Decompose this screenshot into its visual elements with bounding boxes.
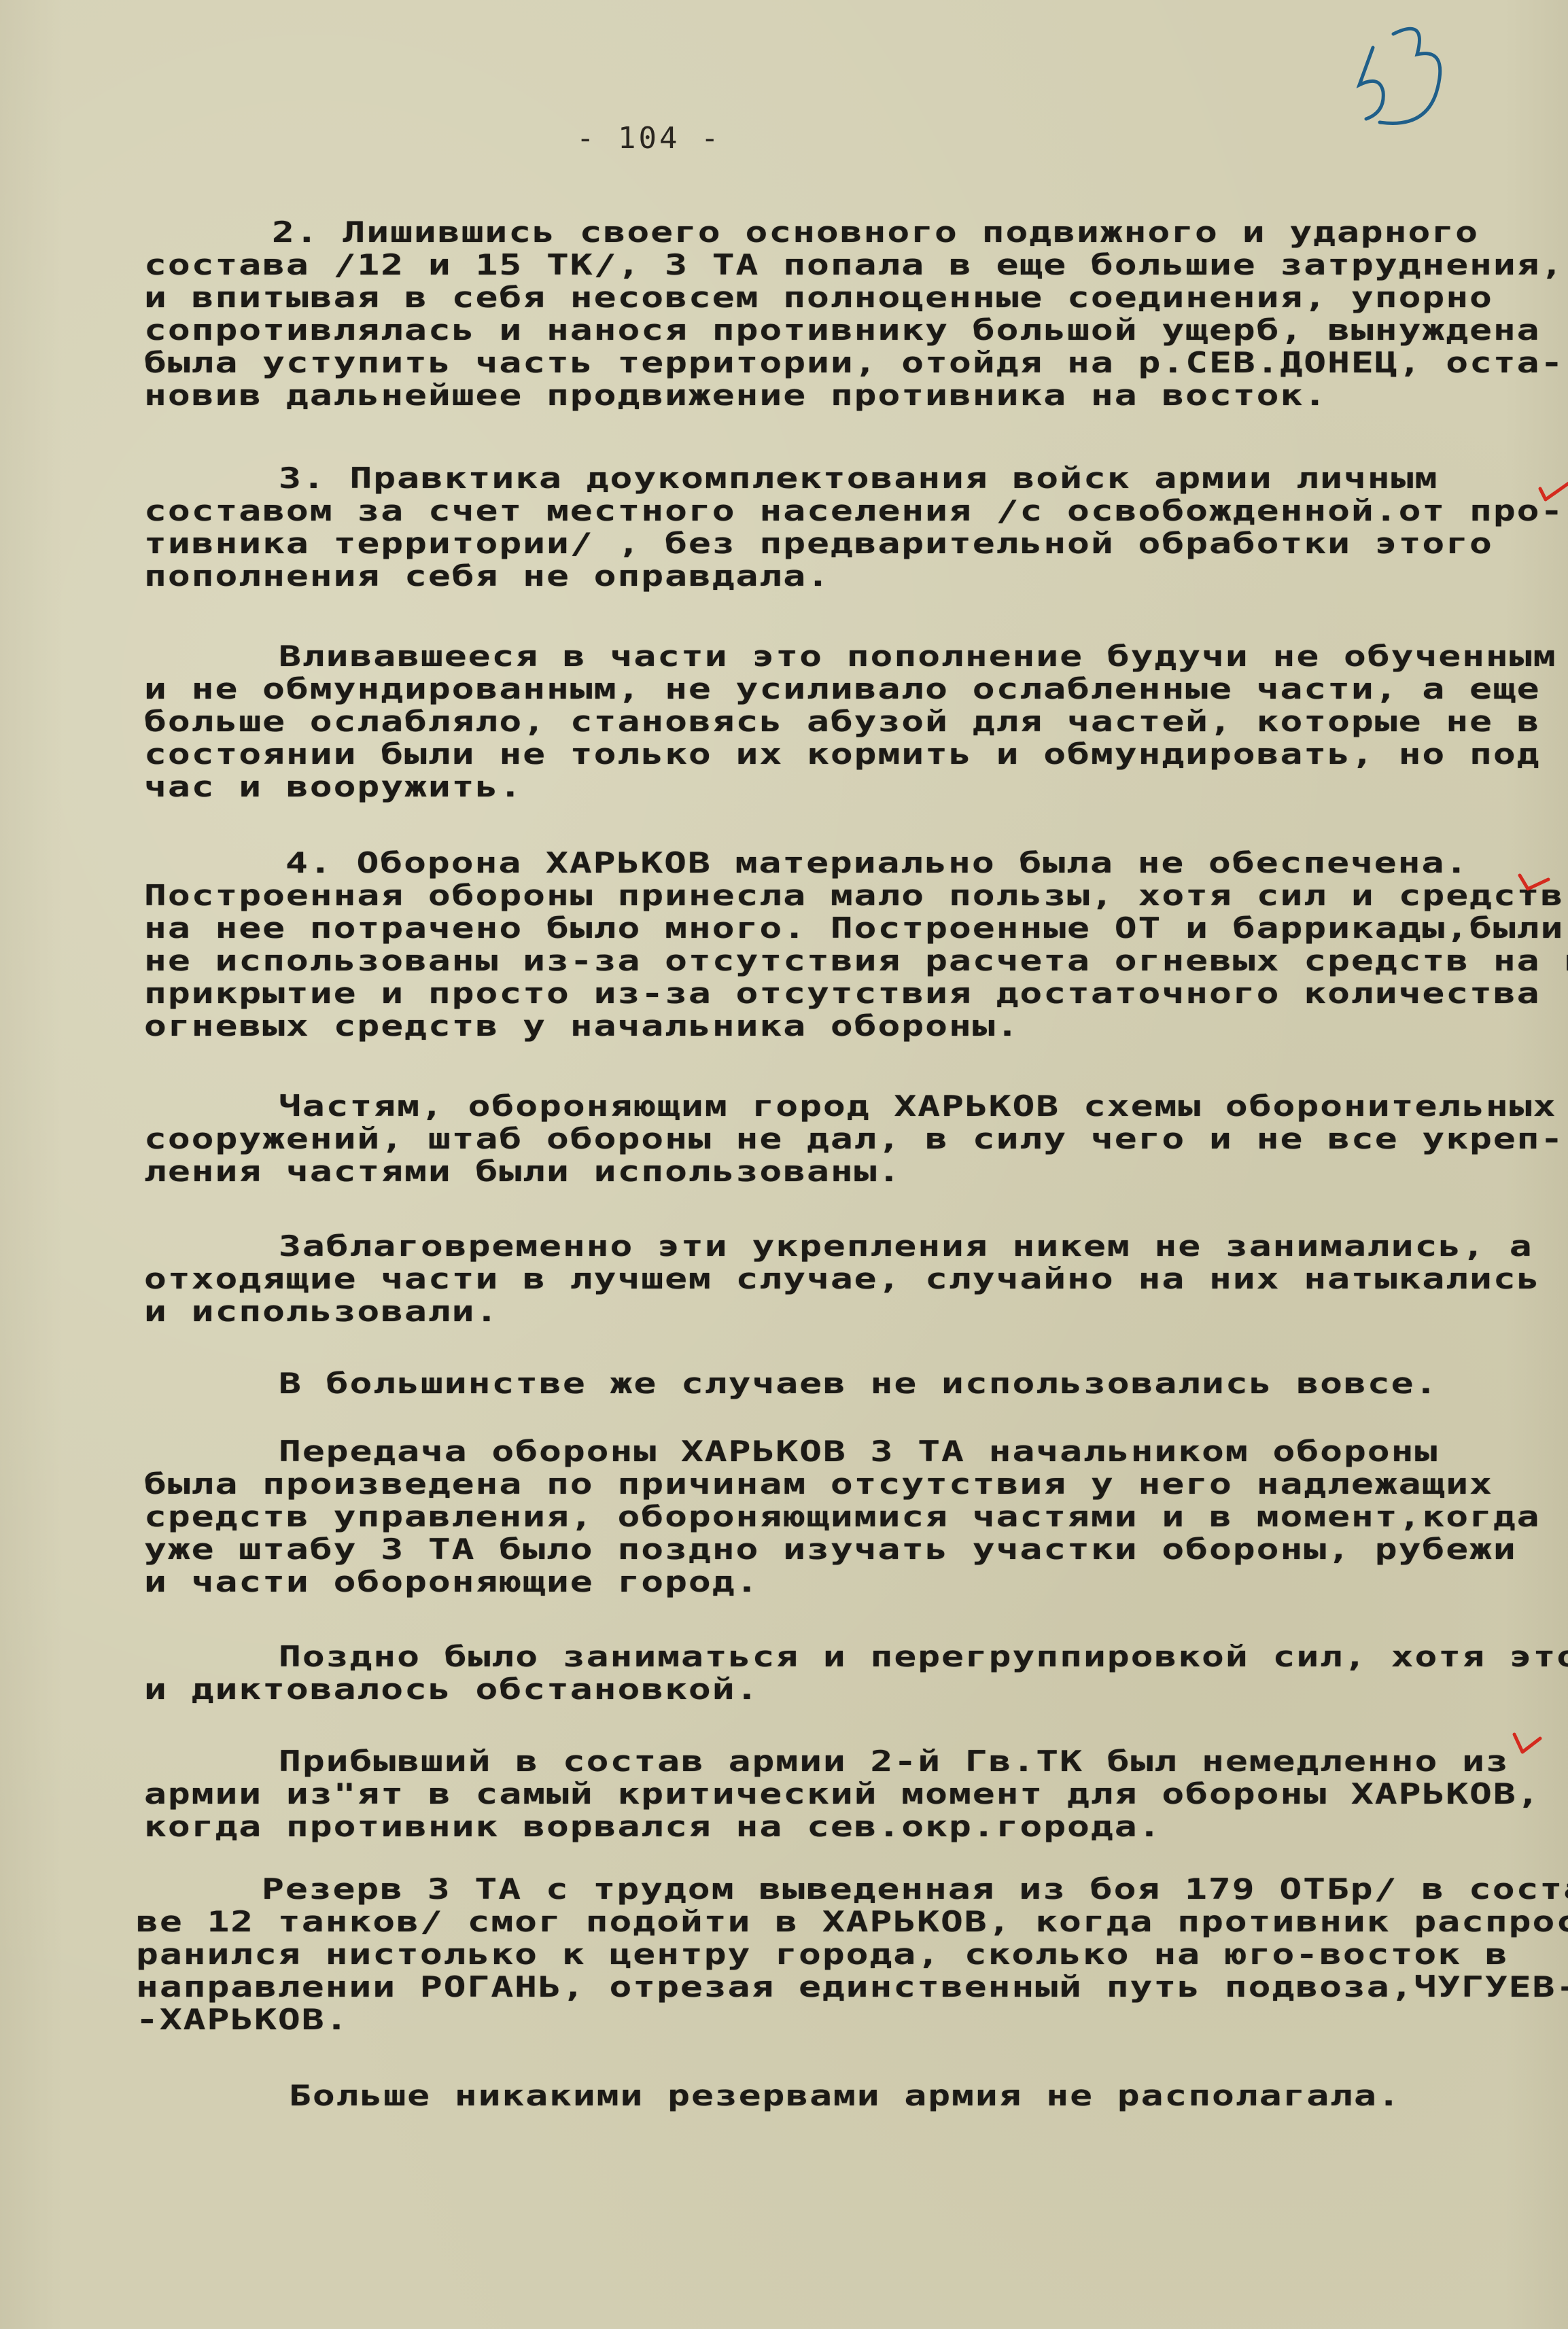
text-line: сооружений, штаб обороны не дал, в силу … [144,1123,1564,1155]
text-line: составом за счет местного населения /с о… [144,495,1564,527]
text-line: Заблаговременно эти укрепления никем не … [279,1230,1533,1263]
text-line: была произведена по причинам отсутствия … [144,1468,1493,1501]
red-check-mark-icon [1510,1732,1544,1759]
text-line: и впитывая в себя несовсем полноценные с… [144,281,1493,314]
text-line: средств управления, обороняющимися частя… [144,1501,1541,1533]
text-line: Вливавшееся в части это пополнение будуч… [279,640,1556,673]
text-line: 4. Оборона ХАРЬКОВ материально была не о… [285,847,1469,879]
text-line: направлении РОГАНЬ, отрезая единственный… [136,1971,1568,2003]
archival-document-page: - 104 - 2. Лишившись своего основного по… [0,0,1568,2329]
text-line: огневых средств у начальника обороны. [144,1010,1020,1043]
page-number: - 104 - [576,121,721,156]
text-line: ве 12 танков/ смог подойти в ХАРЬКОВ, ко… [136,1906,1568,1938]
text-line: на нее потрачено было много. Построенные… [144,912,1564,945]
text-line: не использованы из-за отсутствия расчета… [144,945,1568,977]
text-line: сопротивлялась и нанося противнику больш… [144,314,1541,347]
text-line: армии из"ят в самый критический момент д… [144,1778,1541,1810]
text-line: и не обмундированным, не усиливало ослаб… [144,673,1541,705]
handwritten-folio-number [1353,20,1468,129]
text-line: Построенная обороны принесла мало пользы… [144,879,1564,912]
text-line: 2. Лишившись своего основного подвижного… [272,216,1479,249]
text-line: состоянии были не только их кормить и об… [144,738,1541,771]
text-line: ранился нистолько к центру города, сколь… [136,1938,1509,1971]
text-line: Больше никакими резервами армия не распо… [289,2080,1401,2112]
text-line: час и вооружить. [144,771,523,803]
text-line: когда противник ворвался на сев.окр.горо… [144,1810,1162,1843]
text-line: и использовали. [144,1295,499,1328]
text-line: и диктовалось обстановкой. [144,1673,759,1706]
text-line: В большинстве же случаев не использовали… [279,1367,1438,1400]
text-line: больше ослабляло, становясь абузой для ч… [144,705,1541,738]
text-line: 3. Правктика доукомплектования войск арм… [279,462,1438,495]
text-line: ления частями были использованы. [144,1155,901,1188]
text-line: Прибывший в состав армии 2-й Гв.ТК был н… [279,1745,1510,1778]
red-check-mark-icon [1517,871,1551,898]
text-line: отходящие части в лучшем случае, случайн… [144,1263,1541,1295]
text-line: тивника территории/ , без предварительно… [144,527,1493,560]
text-line: Передача обороны ХАРЬКОВ 3 ТА начальнико… [279,1435,1438,1468]
text-line: пополнения себя не оправдала. [144,560,831,593]
text-line: прикрытие и просто из-за отсутствия дост… [144,977,1541,1010]
text-line: новив дальнейшее продвижение противника … [144,379,1327,412]
text-line: состава /12 и 15 ТК/, 3 ТА попала в еще … [144,249,1564,281]
text-line: -ХАРЬКОВ. [136,2003,349,2036]
red-check-mark-icon [1537,479,1568,506]
text-line: уже штабу 3 ТА было поздно изучать участ… [144,1533,1517,1566]
text-line: была уступить часть территории, отойдя н… [144,347,1564,379]
text-line: Поздно было заниматься и перегруппировко… [279,1641,1568,1673]
text-line: и части обороняющие город. [144,1566,759,1598]
text-line: Частям, обороняющим город ХАРЬКОВ схемы … [279,1090,1556,1123]
text-line: Резерв 3 ТА с трудом выведенная из боя 1… [262,1873,1568,1906]
